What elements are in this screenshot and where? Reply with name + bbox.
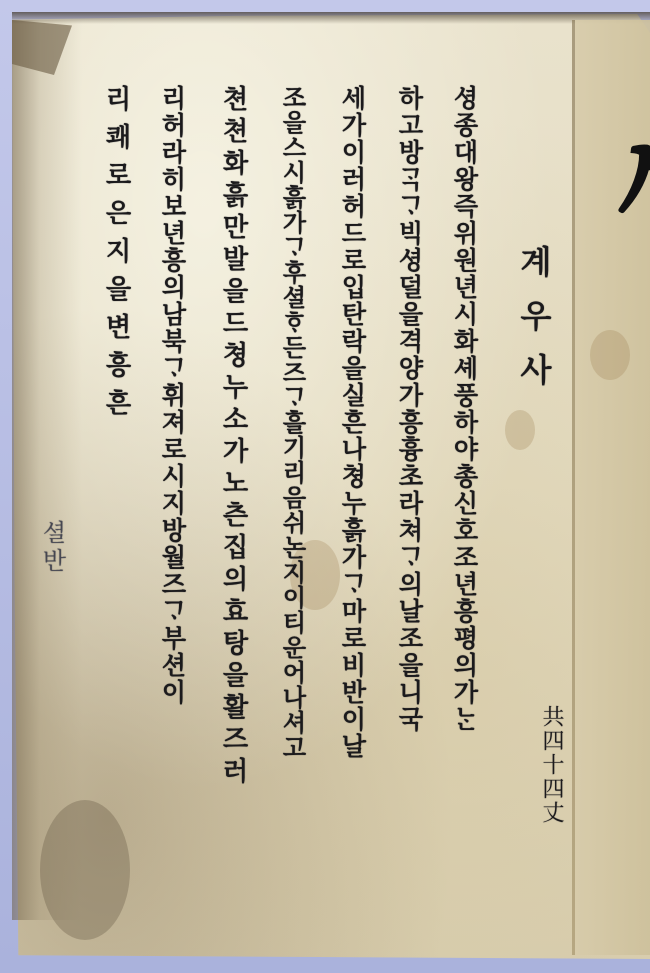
fold-line — [572, 20, 575, 955]
page-count-annotation: 共四十四丈 — [540, 705, 562, 825]
text-column-7: 리쾌로은지을변흥흔 — [103, 85, 129, 505]
text-column-4: 조을스시흙가ᄀᆞ후셜ᄒᆞ든즈ᄀᆞ흘기리음쉬논지이티운어나셔고 — [280, 85, 304, 935]
text-column-8-faint: 셜반 — [40, 520, 64, 576]
stain — [505, 410, 535, 450]
text-column-6: 리허라히보년흥의남북ᄀᆞ휘져로시지방월즈ᄀᆞ부션이 — [160, 85, 185, 935]
stain — [590, 330, 630, 380]
text-column-2: 하고방ᄀᆞᆨᄀᆞ빅셩덜을격양가흥흉초라쳐ᄀᆞ의날조을니국 — [397, 85, 422, 935]
page-top-edge — [12, 12, 650, 24]
stain — [40, 800, 130, 940]
text-column-5: 쳔쳔화흙만발을드쳥누소가노츤집의효탕을활즈러 — [220, 85, 246, 935]
text-column-1: 셩종대왕즉위원년시화셰풍하야총신호조년흥평의가ᄂᆞᆫ — [452, 85, 477, 935]
text-column-3: 세가이러허드로입탄락을실흔나쳥누흙가ᄀᆞ마로비반이날 — [340, 85, 365, 935]
page-left-damage — [12, 20, 82, 920]
manuscript-title: 계우사 — [518, 245, 550, 407]
